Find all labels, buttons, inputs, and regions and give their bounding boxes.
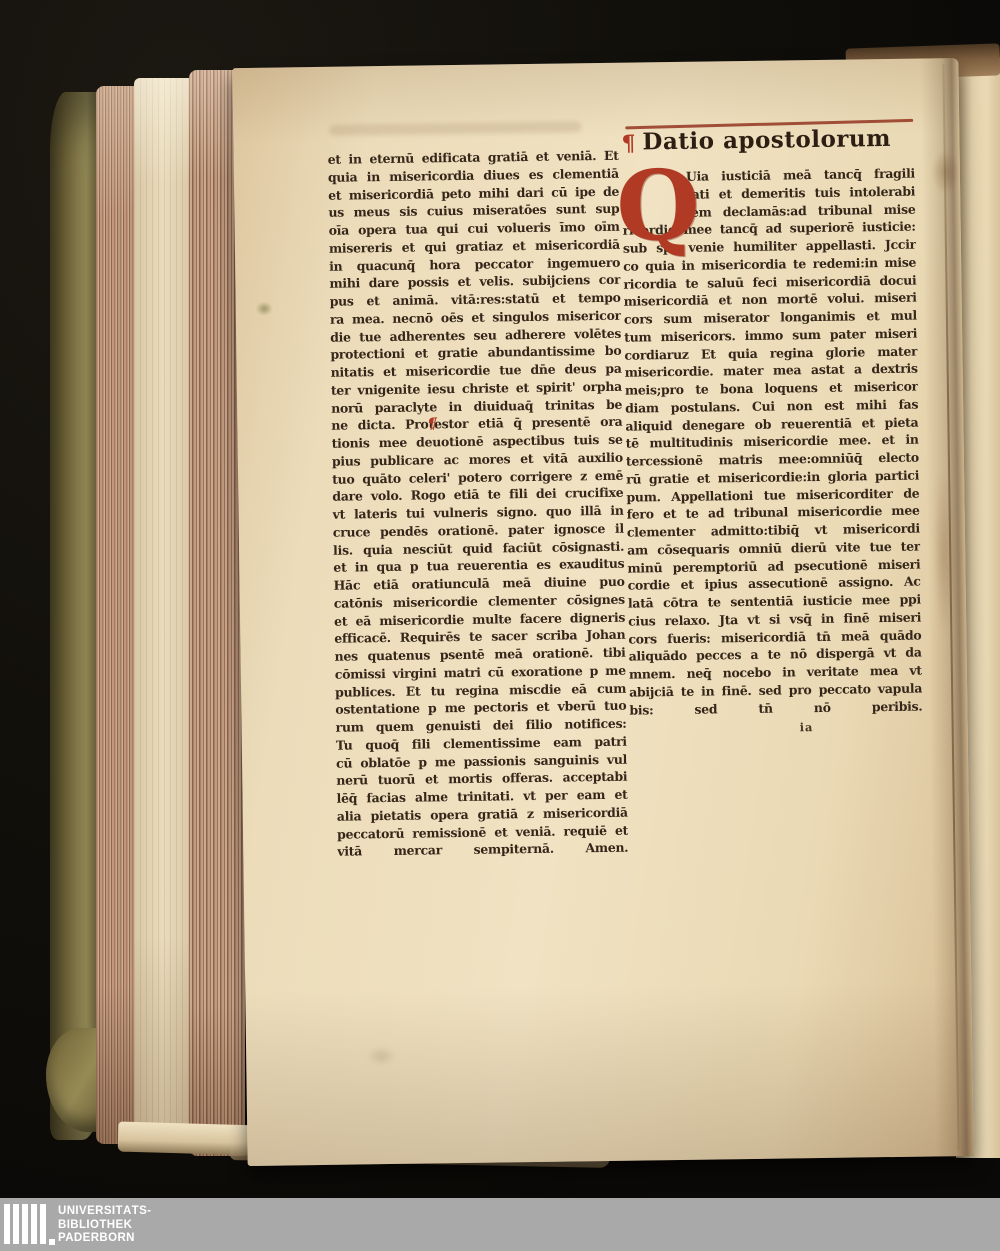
logo-bar — [22, 1204, 28, 1244]
drop-cap-initial: Q — [616, 158, 701, 255]
text-line: PADERBORN — [58, 1232, 151, 1246]
stain — [366, 1046, 396, 1066]
logo-bar — [4, 1204, 10, 1244]
page-edges-stack-light — [134, 78, 192, 1150]
text-column-left: et in eternū edificata gratiā et veniā. … — [328, 147, 629, 861]
gutter-crease — [942, 64, 959, 1150]
left-column-lines: et in eternū edificata gratiā et veniā. … — [328, 147, 629, 861]
right-column-lines: Uia iusticiā meā tancq̄ fragilitati et d… — [622, 165, 923, 719]
text-line: BIBLIOTHEK — [58, 1219, 151, 1233]
text-line: bis: sed tn̄ nō peribis. — [629, 697, 922, 719]
book-page: et in eternū edificata gratiā et veniā. … — [232, 58, 973, 1166]
library-name: UNIVERSITÄTS-BIBLIOTHEKPADERBORN — [58, 1205, 151, 1246]
stain — [932, 468, 956, 638]
text-column-right: ¶Datio apostolorum Uia iusticiā meā tanc… — [621, 125, 922, 719]
page-edges-stack-outer — [96, 86, 138, 1144]
scan-scene: et in eternū edificata gratiā et veniā. … — [0, 0, 1000, 1251]
logo-bar — [31, 1204, 37, 1244]
library-watermark-bar: UNIVERSITÄTS-BIBLIOTHEKPADERBORN — [0, 1198, 1000, 1251]
library-logo — [4, 1204, 60, 1245]
text-line: UNIVERSITÄTS- — [58, 1205, 151, 1219]
show-through-text — [329, 121, 581, 136]
quire-signature: ia — [800, 720, 814, 734]
stain — [256, 302, 273, 316]
text-line: vitā mercar sempiternā. Amen. — [337, 839, 628, 861]
logo-dot — [49, 1239, 55, 1245]
logo-bar — [13, 1204, 19, 1244]
logo-bar — [40, 1204, 46, 1244]
